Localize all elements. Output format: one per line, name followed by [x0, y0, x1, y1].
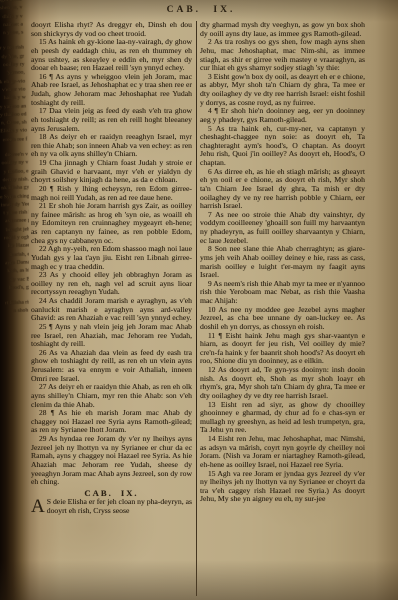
verse-number: 29	[39, 434, 46, 443]
verse-paragraph: 15 Agh va ree Joram er jyndaa gys Jezree…	[200, 470, 365, 505]
verse-paragraph: 18 As deiyr eh er raaidyn reeaghyn Israe…	[31, 133, 192, 159]
left-column: dooyrt Elisha rhyt? As dreggyr eh, Dinsh…	[31, 21, 192, 596]
column-divider-area	[192, 21, 200, 596]
verse-paragraph: 15 As haink eh gy-kione laa-ny-vairagh, …	[31, 38, 192, 73]
verse-number: 22	[39, 244, 46, 253]
verse-number: 10	[208, 305, 215, 314]
verse-number: 4 ¶	[208, 106, 218, 115]
verse-paragraph: 16 ¶ As ayns y wheiggoo vlein jeh Joram,…	[31, 73, 192, 108]
right-column: dty gharmad mysh dty veeghyn, as gow yn …	[200, 21, 365, 596]
verse-number: 7	[208, 210, 212, 219]
verse-number: 18	[39, 132, 46, 141]
drop-cap: A	[31, 498, 47, 514]
verse-number: 12	[208, 365, 215, 374]
verse-paragraph: 22 Agh ny-yeih, ren Edom shassoo magh no…	[31, 245, 192, 271]
verse-paragraph: 8 Son nee slane thie Ahab cherraghtyn; a…	[200, 245, 365, 280]
verse-paragraph: 19 Cha jinnagh y Chiarn foast Judah y st…	[31, 159, 192, 185]
verse-paragraph: 25 ¶ Ayns y nah vlein jeig jeh Joram mac…	[31, 323, 192, 349]
verse-number: 3	[208, 72, 212, 81]
verse-paragraph: 29 As hyndaa ree Joram dy v'er ny lheihy…	[31, 435, 192, 487]
verse-paragraph: 2 As tra roshys oo gys shen, fow magh ay…	[200, 38, 365, 73]
verse-paragraph: 13 Eisht ren ad siyr, as ghow dy chooill…	[200, 401, 365, 436]
verse-paragraph: 7 As nee oo stroie thie Ahab dty vainsht…	[200, 211, 365, 246]
verse-paragraph: 14 Eisht ren Jehu, mac Jehoshaphat, mac …	[200, 435, 365, 470]
column-rule	[196, 21, 197, 596]
verse-paragraph: 28 ¶ As hie eh marish Joram mac Ahab dy …	[31, 409, 192, 435]
gutter-text-fragment: eree'n ree f	[0, 135, 28, 145]
verse-paragraph: 9 As neem's rish thie Ahab myr ta mee er…	[200, 280, 365, 306]
verse-number: 20 ¶	[39, 184, 53, 193]
verse-paragraph: 6 As dirree eh, as hie eh stiagh mârish;…	[200, 168, 365, 211]
verse-number: 17	[39, 106, 46, 115]
text-columns: dooyrt Elisha rhyt? As dreggyr eh, Dinsh…	[31, 21, 393, 596]
verse-paragraph: 3 Eisht gow'n box dy ooil, as deayrt eh …	[200, 73, 365, 108]
verse-number: 8	[208, 244, 212, 253]
verse-number: 2	[208, 37, 212, 46]
verse-paragraph: 10 As nee ny moddee gee Jezebel ayns mag…	[200, 306, 365, 332]
verse-number: 11 ¶	[208, 331, 222, 340]
verse-paragraph: 17 Daa vlein jeig as feed dy eash v'eh t…	[31, 107, 192, 133]
verse-number: 13	[208, 400, 215, 409]
chapter-opening-paragraph: AS deie Elisha er fer jeh cloan ny pha-d…	[31, 498, 192, 515]
book-gutter: iaght kioneshen ve, vdhirk y vnainse: an…	[0, 0, 29, 600]
verse-paragraph: 12 As dooyrt ad, Te gyn-yss dooinyn: ins…	[200, 366, 365, 401]
verse-paragraph: dooyrt Elisha rhyt? As dreggyr eh, Dinsh…	[31, 21, 192, 38]
verse-paragraph: dty gharmad mysh dty veeghyn, as gow yn …	[200, 21, 365, 38]
scanned-bible-page: iaght kioneshen ve, vdhirk y vnainse: an…	[0, 0, 398, 600]
verse-paragraph: 11 ¶ Eisht haink Jehu magh gys shar-vaan…	[200, 332, 365, 367]
verse-number: 23	[39, 270, 46, 279]
verse-number: 15	[39, 37, 46, 46]
verse-number: 6	[208, 167, 212, 176]
gutter-text-fragment: hood's, gra	[0, 283, 29, 293]
verse-number: 15	[208, 469, 215, 478]
verse-number: 28 ¶	[39, 408, 54, 417]
verse-number: 16 ¶	[39, 72, 53, 81]
verse-number: 21	[39, 201, 46, 210]
verse-paragraph: 5 As tra haink eh, cur-my-ner, va captan…	[200, 125, 365, 168]
verse-number: 25 ¶	[39, 322, 52, 331]
gutter-text-fragment: n shoh er	[0, 307, 29, 317]
facing-page-fragments: iaght kioneshen ve, vdhirk y vnainse: an…	[0, 0, 29, 316]
verse-number: 26	[39, 348, 46, 357]
running-header: CAB. IX.	[31, 5, 371, 15]
verse-number: 27	[39, 382, 46, 391]
verse-paragraph: 20 ¶ Rish y lhing echeysyn, ren Edom gir…	[31, 185, 192, 202]
verse-paragraph: 23 As y chooid elley jeh obbraghyn Joram…	[31, 271, 192, 297]
verse-paragraph: 24 As chaddil Joram marish e ayraghyn, a…	[31, 297, 192, 323]
verse-number: 19	[39, 158, 46, 167]
verse-number: 24	[39, 296, 46, 305]
verse-paragraph: 26 As va Ahaziah daa vlein as feed dy ea…	[31, 349, 192, 384]
verse-paragraph: 21 Er shoh hie Joram harrish gys Zair, a…	[31, 202, 192, 245]
verse-paragraph: 27 As deiyr eh er raaidyn thie Ahab, as …	[31, 383, 192, 409]
verse-paragraph: 4 ¶ Er shoh hie'n dooinney aeg, eer yn d…	[200, 107, 365, 124]
verse-number: 14	[208, 434, 215, 443]
verse-number: 5	[208, 124, 212, 133]
verse-number: 9	[208, 279, 212, 288]
